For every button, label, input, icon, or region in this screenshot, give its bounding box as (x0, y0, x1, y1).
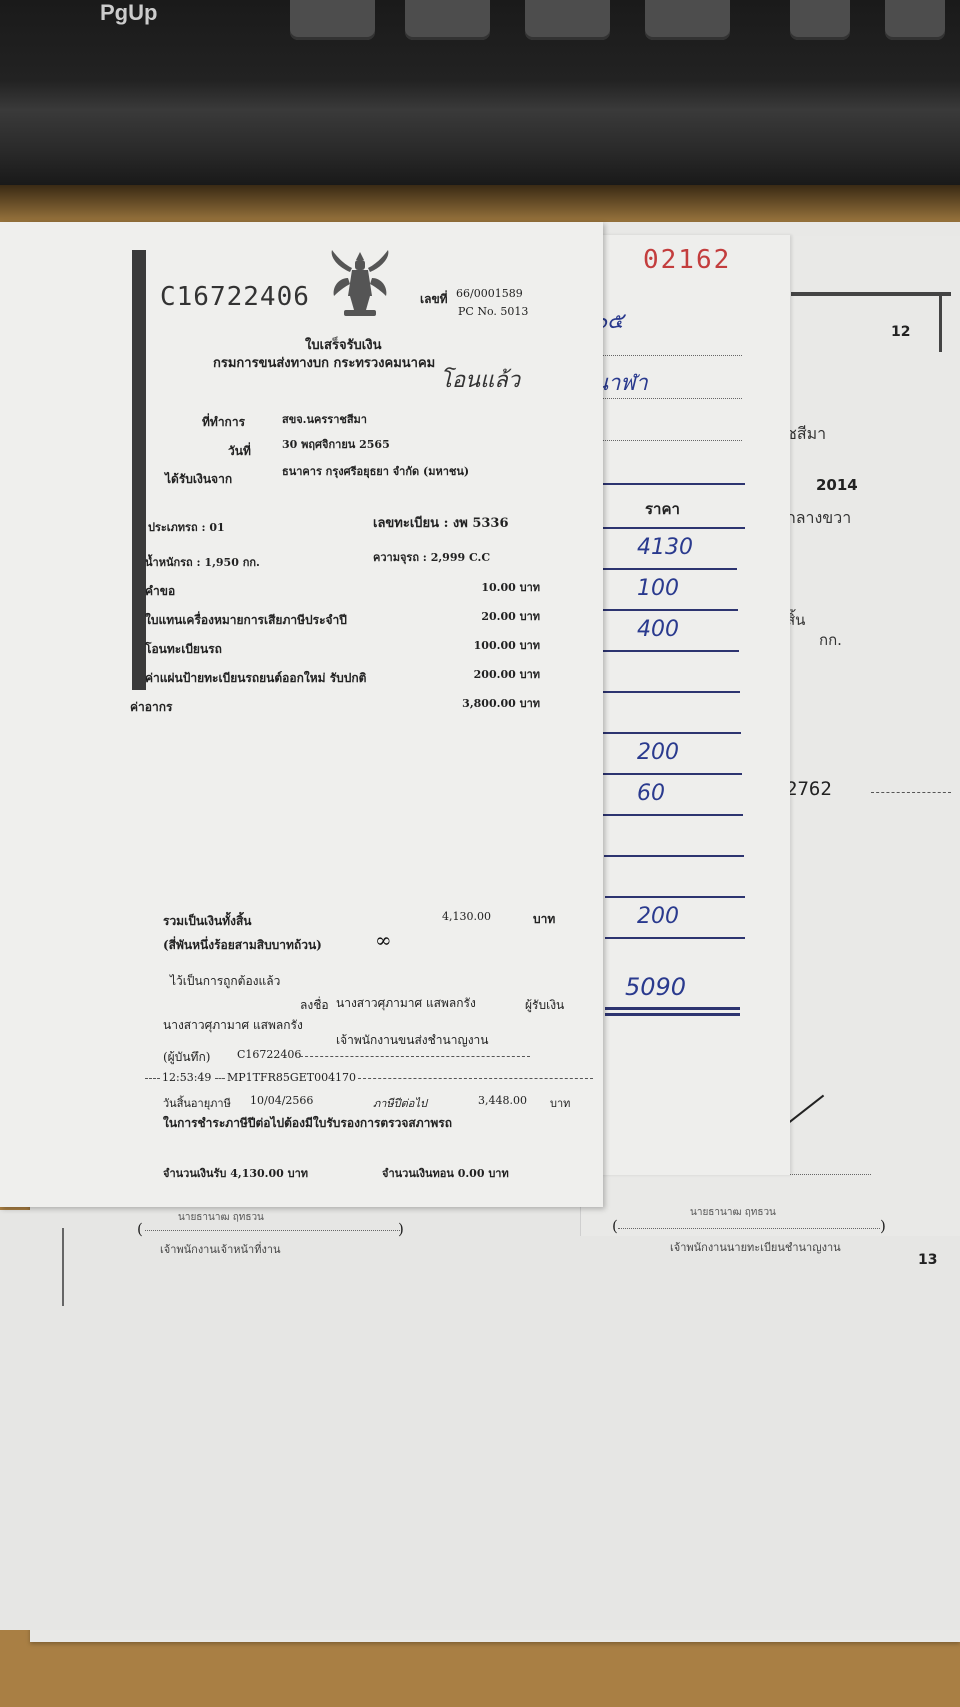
fee-item-label: คำขอ (145, 582, 175, 601)
garuda-emblem-icon (328, 248, 392, 320)
price-row-rule (597, 568, 737, 570)
time-reference: 12:53:49 (162, 1071, 211, 1084)
tax-expiry-label: วันสิ้นอายุภาษี (163, 1094, 231, 1112)
handwritten-note: โอนแล้ว (440, 362, 520, 397)
price-value: 100 (637, 576, 679, 601)
total-unit: บาท (533, 910, 555, 929)
dashed-rule (871, 792, 951, 793)
pc-number: PC No. 5013 (458, 305, 528, 318)
date-value: 30 พฤศจิกายน 2565 (282, 435, 390, 453)
paren-open: ( (612, 1217, 618, 1235)
total-double-rule (605, 1013, 740, 1016)
keyboard-key (525, 0, 610, 40)
receipt-code: C16722406 (160, 282, 310, 312)
keyboard-background: PgUp (0, 0, 960, 200)
signer-name-secondary: นางสาวศุภามาศ แสพลกรัง (163, 1016, 303, 1035)
amount-received: จำนวนเงินรับ 4,130.00 บาท (163, 1164, 308, 1182)
price-row-rule (600, 691, 740, 693)
keyboard-key (290, 0, 375, 40)
fee-item-label: โอนทะเบียนรถ (145, 640, 222, 659)
next-tax-label: ภาษีปีต่อไป (373, 1094, 427, 1112)
lower-document-sheet (0, 1210, 960, 1630)
keyboard-key (790, 0, 850, 40)
paren-close: ) (398, 1220, 404, 1238)
vehicle-type: ประเภทรถ : 01 (148, 518, 225, 536)
price-row-rule (602, 773, 742, 775)
price-row-rule (605, 896, 745, 898)
form-header-rule (791, 292, 951, 296)
signature-dotted-line (145, 1230, 400, 1231)
signed-label: ลงชื่อ (300, 996, 329, 1015)
office-value: สขจ.นครราชสีมา (282, 410, 367, 428)
doc-number-label: เลขที่ (420, 290, 448, 309)
price-value: 4130 (637, 535, 693, 560)
next-tax-amount: 3,448.00 (478, 1094, 527, 1107)
price-header: ราคา (645, 497, 680, 521)
initial-mark: ∞ (375, 928, 392, 952)
receipt-binding-bar (132, 250, 146, 690)
dashed-rule (358, 1078, 593, 1079)
right-signer-name: นายธานาฒ ฤทธวน (690, 1205, 776, 1220)
price-row-rule (605, 937, 745, 939)
keyboard-key-label: PgUp (100, 0, 157, 26)
total-label: รวมเป็นเงินทั้งสิ้น (163, 912, 251, 931)
signer-position: เจ้าพนักงานขนส่งชำนาญงาน (336, 1031, 489, 1050)
dotted-rule (592, 355, 742, 356)
fee-item-amount: 3,800.00 บาท (462, 694, 540, 712)
date-label: วันที่ (228, 442, 251, 461)
price-value: 200 (637, 740, 679, 765)
signer-name: นางสาวศุภามาศ แสพลกรัง (336, 994, 476, 1013)
inspection-note: ในการชำระภาษีปีต่อไปต้องมีใบรับรองการตรว… (163, 1114, 452, 1133)
dotted-rule (592, 440, 742, 441)
price-row-rule (601, 732, 741, 734)
total-amount: 4,130.00 (442, 910, 491, 923)
right-signer-position: เจ้าพนักงานนายทะเบียนชำนาญงาน (670, 1238, 841, 1256)
payment-slip: 02162 ๖๕ นาฬา ราคา 413010040020060200 50… (585, 235, 790, 1175)
slip-grand-total: 5090 (625, 973, 686, 1001)
price-row-rule (598, 609, 738, 611)
number-fragment: 2762 (786, 778, 832, 800)
fee-item-amount: 200.00 บาท (474, 665, 540, 683)
lower-sheet-border (62, 1228, 64, 1306)
received-from-label: ได้รับเงินจาก (165, 470, 232, 489)
price-value: 400 (637, 617, 679, 642)
form-border (939, 292, 942, 352)
price-table-top (595, 483, 745, 485)
recorder-label: (ผู้บันทึก) (163, 1048, 210, 1067)
total-double-rule (605, 1007, 740, 1010)
keyboard-key (885, 0, 945, 40)
price-row-rule (599, 650, 739, 652)
total-in-words: (สี่พันหนึ่งร้อยสามสิบบาทถ้วน) (163, 936, 322, 955)
fee-item-amount: 20.00 บาท (481, 607, 540, 625)
dotted-rule (592, 398, 742, 399)
office-label: ที่ทำการ (202, 413, 245, 432)
price-value: 60 (637, 781, 665, 806)
signature-dotted-line (618, 1228, 880, 1229)
recorder-code: C16722406 (237, 1048, 301, 1061)
department-name: กรมการขนส่งทางบก กระทรวงคมนาคม (213, 352, 435, 373)
left-signer-position: เจ้าพนักงานเจ้าหน้าที่งาน (160, 1240, 281, 1258)
fee-item-label: ค่าแผ่นป้ายทะเบียนรถยนต์ออกใหม่ รับปกติ (145, 669, 366, 688)
fee-item-amount: 10.00 บาท (481, 578, 540, 596)
fee-item-label: ใบแทนเครื่องหมายการเสียภาษีประจำปี (145, 611, 347, 630)
reference-code: MP1TFR85GET004170 (227, 1071, 356, 1084)
price-value: 200 (637, 904, 679, 929)
province-fragment: ชสีมา (786, 422, 826, 447)
price-row-rule (603, 814, 743, 816)
paren-open: ( (137, 1220, 143, 1238)
fee-item-amount: 100.00 บาท (474, 636, 540, 654)
change-amount: จำนวนเงินทอน 0.00 บาท (382, 1164, 509, 1182)
slip-number: 02162 (643, 245, 731, 275)
unit-kg: กก. (819, 628, 842, 652)
next-tax-unit: บาท (550, 1094, 570, 1112)
doc-number: 66/0001589 (456, 287, 523, 300)
fee-item-label: ค่าอากร (130, 698, 172, 717)
paren-close: ) (880, 1217, 886, 1235)
price-row-rule (595, 527, 745, 529)
engine-capacity: ความจุรถ : 2,999 C.C (373, 548, 490, 566)
page-number-top: 12 (891, 324, 910, 340)
tax-expiry-date: 10/04/2566 (250, 1094, 313, 1107)
left-signer-name: นายธานาฒ ฤทธวน (178, 1210, 264, 1225)
vehicle-weight: น้ำหนักรถ : 1,950 กก. (145, 553, 260, 571)
year-fragment: 2014 (816, 476, 858, 494)
dashed-rule (215, 1078, 225, 1079)
price-row-rule (604, 855, 744, 857)
page-number-bottom: 13 (918, 1252, 937, 1268)
desk-surface (0, 185, 960, 225)
receiver-label: ผู้รับเงิน (525, 996, 564, 1015)
received-from-value: ธนาคาร กรุงศรีอยุธยา จำกัด (มหาชน) (282, 462, 469, 480)
verified-text: ไว้เป็นการถูกต้องแล้ว (170, 972, 280, 991)
plate-number: เลขทะเบียน : งพ 5336 (373, 512, 509, 533)
position-fragment: กลางขวา (786, 506, 851, 531)
dashed-rule (300, 1056, 530, 1057)
dashed-rule (145, 1078, 160, 1079)
keyboard-key (645, 0, 730, 40)
keyboard-key (405, 0, 490, 40)
